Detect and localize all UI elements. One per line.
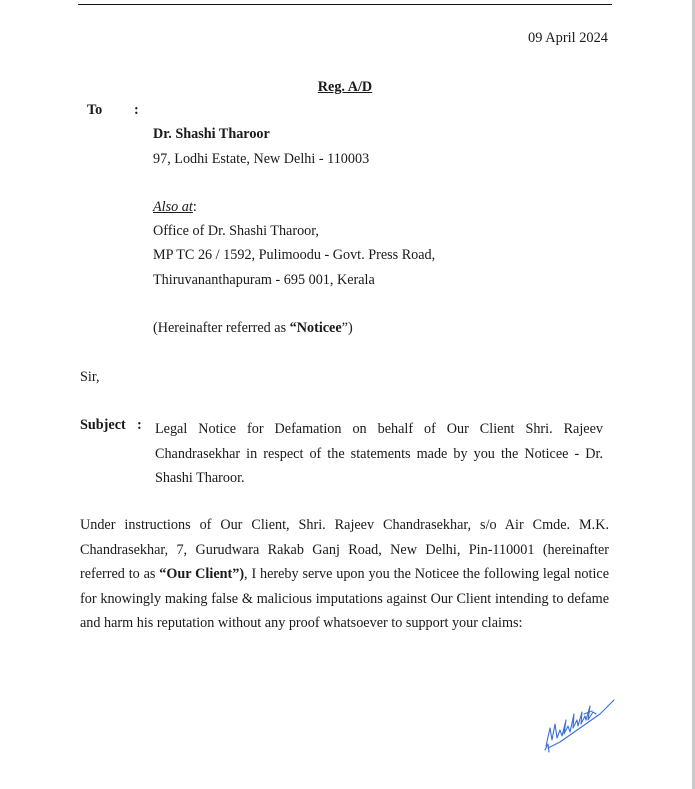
subject-colon: :: [137, 417, 142, 434]
registration-heading: Reg. A/D: [0, 79, 690, 96]
noticee-definition: (Hereinafter referred as “Noticee”): [153, 320, 353, 337]
salutation: Sir,: [80, 369, 100, 386]
also-at-text: Also at: [153, 199, 193, 215]
signature-scribble-icon: [540, 690, 620, 755]
to-label: To: [87, 102, 102, 119]
alt-address-line-2: MP TC 26 / 1592, Pulimoodu - Govt. Press…: [153, 247, 435, 264]
subject-label: Subject: [80, 417, 126, 434]
also-at-colon: :: [193, 199, 197, 215]
body-paragraph: Under instructions of Our Client, Shri. …: [80, 513, 609, 636]
subject-text: Legal Notice for Defamation on behalf of…: [155, 417, 603, 491]
alt-address-line-1: Office of Dr. Shashi Tharoor,: [153, 223, 319, 240]
alt-address-line-3: Thiruvananthapuram - 695 001, Kerala: [153, 272, 375, 289]
noticee-suffix: ”): [342, 320, 353, 336]
to-colon: :: [134, 102, 139, 119]
also-at-label: Also at:: [153, 199, 197, 216]
noticee-prefix: (Hereinafter referred as: [153, 320, 290, 336]
top-rule-divider: [78, 4, 612, 5]
signature-image: [540, 690, 620, 760]
noticee-term: “Noticee: [290, 320, 342, 336]
our-client-term: “Our Client”): [159, 566, 244, 582]
recipient-name: Dr. Shashi Tharoor: [153, 126, 270, 143]
recipient-address: 97, Lodhi Estate, New Delhi - 110003: [153, 151, 369, 168]
letter-date: 09 April 2024: [528, 30, 608, 47]
